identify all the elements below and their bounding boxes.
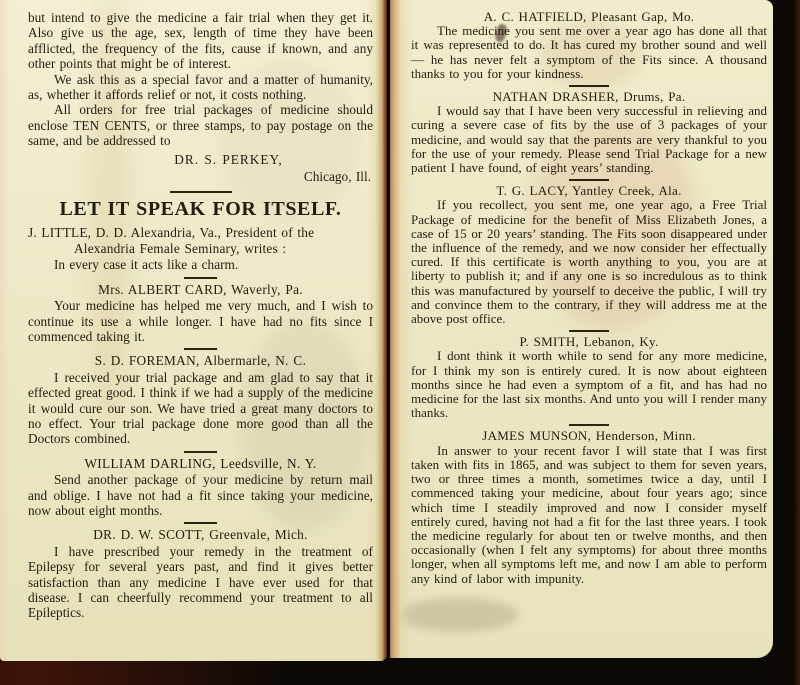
testimonial-body: The medicine you sent me over a year ago… [411,24,767,81]
testimonial-attribution: Mrs. ALBERT CARD, Waverly, Pa. [28,282,373,297]
testimonial: S. D. FOREMAN, Albermarle, N. C. I recei… [28,353,373,446]
testimonial: T. G. LACY, Yantley Creek, Ala. If you r… [411,184,767,326]
book-spread: but intend to give the medicine a fair t… [0,0,800,685]
signature-name: DR. S. PERKEY, [28,152,373,167]
stain [398,598,518,632]
testimonial-attribution: S. D. FOREMAN, Albermarle, N. C. [28,353,373,368]
testimonial-attribution: DR. D. W. SCOTT, Greenvale, Mich. [28,527,373,542]
testimonial: A. C. HATFIELD, Pleasant Gap, Mo. The me… [411,10,767,81]
testimonial: Mrs. ALBERT CARD, Waverly, Pa. Your medi… [28,282,373,345]
divider-rule [569,330,609,332]
divider-rule [569,179,609,181]
testimonial-body: In every case it acts like a charm. [28,257,373,272]
testimonial-body: I dont think it worth while to send for … [411,349,767,420]
testimonial-attribution: J. LITTLE, D. D. Alexandria, Va., Presid… [28,225,373,256]
testimonial-attribution: A. C. HATFIELD, Pleasant Gap, Mo. [411,10,767,24]
testimonial-body: Your medicine has helped me very much, a… [28,298,373,344]
testimonial-attribution: P. SMITH, Lebanon, Ky. [411,335,767,349]
testimonial: P. SMITH, Lebanon, Ky. I dont think it w… [411,335,767,420]
right-page-content: A. C. HATFIELD, Pleasant Gap, Mo. The me… [390,0,773,586]
testimonial-body: I received your trial package and am gla… [28,370,373,447]
section-heading: LET IT SPEAK FOR ITSELF. [28,198,373,221]
intro-paragraph: All orders for free trial packages of me… [28,102,373,148]
divider-rule [184,451,217,453]
testimonial: NATHAN DRASHER, Drums, Pa. I would say t… [411,90,767,175]
signature-place: Chicago, Ill. [28,169,373,184]
testimonial: DR. D. W. SCOTT, Greenvale, Mich. I have… [28,527,373,620]
testimonial-attribution: NATHAN DRASHER, Drums, Pa. [411,90,767,104]
testimonial-body: If you recollect, you sent me, one year … [411,198,767,326]
testimonial: WILLIAM DARLING, Leedsville, N. Y. Send … [28,456,373,519]
testimonial: JAMES MUNSON, Henderson, Minn. In answer… [411,429,767,585]
right-page: A. C. HATFIELD, Pleasant Gap, Mo. The me… [390,0,773,658]
testimonial-body: In answer to your recent favor I will st… [411,444,767,586]
divider-rule [170,191,232,193]
testimonial-body: I have prescribed your remedy in the tre… [28,544,373,621]
testimonial-body: I would say that I have been very succes… [411,104,767,175]
divider-rule [184,277,217,279]
divider-rule [569,85,609,87]
divider-rule [184,522,217,524]
testimonial-attribution: JAMES MUNSON, Henderson, Minn. [411,429,767,443]
divider-rule [569,424,609,426]
testimonial: J. LITTLE, D. D. Alexandria, Va., Presid… [28,225,373,272]
testimonial-body: Send another package of your medicine by… [28,472,373,518]
left-page: but intend to give the medicine a fair t… [0,0,387,661]
intro-paragraph: but intend to give the medicine a fair t… [28,10,373,72]
divider-rule [184,348,217,350]
intro-paragraph: We ask this as a special favor and a mat… [28,72,373,103]
testimonial-attribution: WILLIAM DARLING, Leedsville, N. Y. [28,456,373,471]
left-page-content: but intend to give the medicine a fair t… [0,0,387,621]
testimonial-attribution: T. G. LACY, Yantley Creek, Ala. [411,184,767,198]
